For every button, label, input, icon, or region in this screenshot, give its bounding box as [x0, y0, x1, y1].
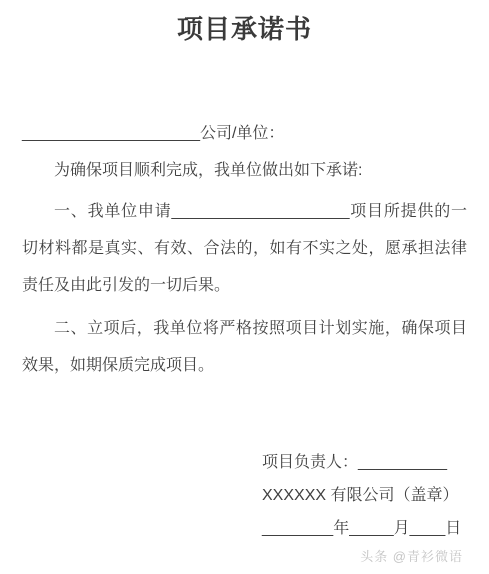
intro-line: 为确保项目顺利完成，我单位做出如下承诺:: [22, 152, 467, 189]
responsible-person-blank: __________: [358, 454, 447, 471]
responsible-person-label: 项目负责人：: [262, 454, 358, 471]
watermark: 头条 @青衫微语: [360, 546, 463, 565]
item1-text-before: 一、我单位申请: [54, 203, 172, 220]
commitment-item-2: 二、立项后，我单位将严格按照项目计划实施，确保项目效果，如期保质完成项目。: [22, 310, 467, 384]
signature-block: 项目负责人：__________ XXXXXX 有限公司（盖章） _______…: [22, 446, 467, 545]
document-page: 项目承诺书 ____________________公司/单位： 为确保项目顺利…: [0, 0, 489, 574]
company-seal-line: XXXXXX 有限公司（盖章）: [262, 479, 467, 512]
company-label: 公司/单位：: [200, 125, 284, 142]
addressee-line: ____________________公司/单位：: [22, 115, 467, 152]
date-line: ________年_____月____日: [262, 512, 467, 545]
company-blank-line: ____________________: [22, 125, 200, 142]
responsible-person-line: 项目负责人：__________: [262, 446, 467, 479]
commitment-item-1: 一、我单位申请____________________项目所提供的一切材料都是真…: [22, 193, 467, 304]
item1-blank-line: ____________________: [172, 203, 350, 220]
document-title: 项目承诺书: [22, 0, 467, 45]
